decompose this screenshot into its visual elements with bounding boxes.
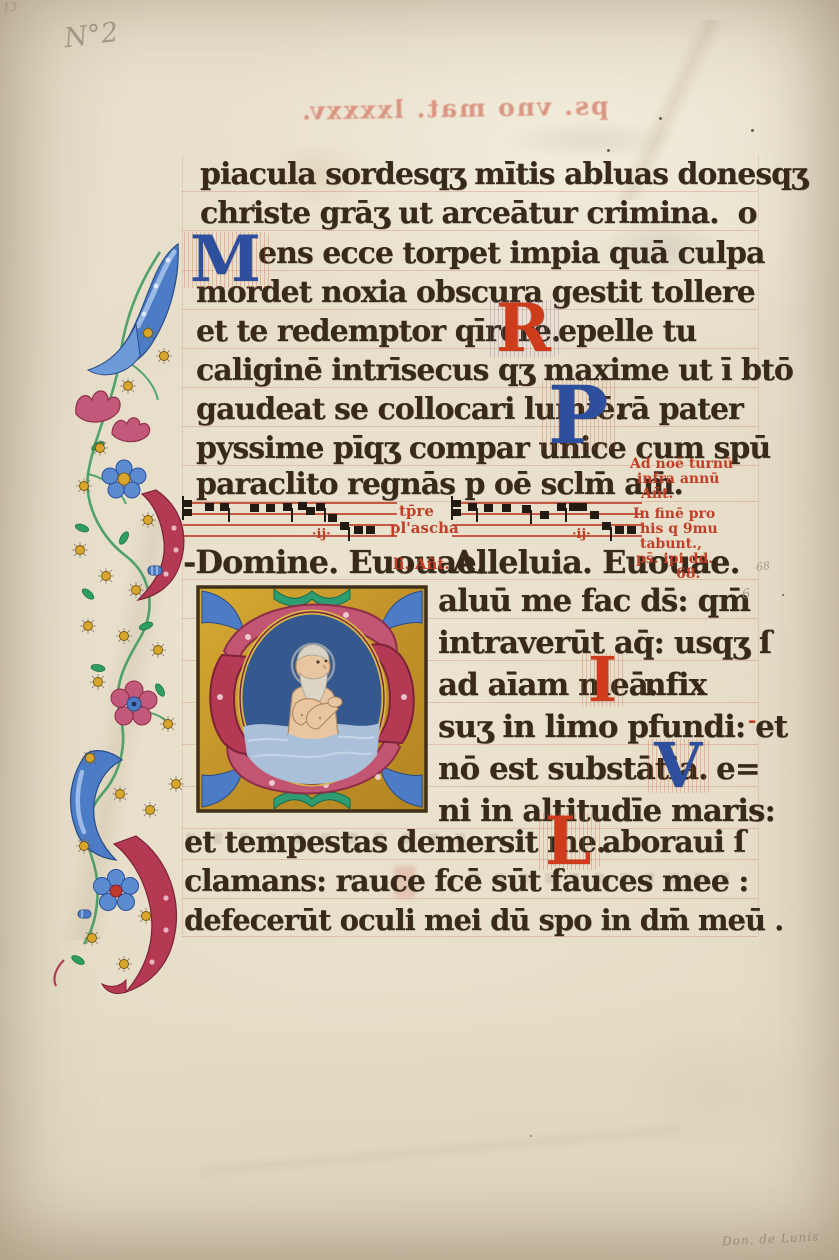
text-line-pencil: N°2 xyxy=(63,19,120,52)
text-line-ink: mordet noxia obscura gestit tollere xyxy=(196,278,755,308)
music-note xyxy=(627,526,636,534)
text-line-ink: aluū me fac ds̄: qm̄ xyxy=(438,586,750,617)
music-staff-line xyxy=(183,524,397,526)
text-line-red: his q 9mu xyxy=(640,522,718,536)
music-note xyxy=(250,504,259,512)
text-line-red: li. Añt. xyxy=(393,557,450,572)
text-line-pencil: 13 xyxy=(2,1,17,14)
text-line-sig: Don. de Lunis xyxy=(722,1230,820,1247)
manuscript-page: piacula sordesqʒ mītis abluas donesqʒchr… xyxy=(0,0,839,1260)
illuminated-initial-P: P xyxy=(548,379,608,451)
text-line-red: ·ij· xyxy=(572,528,591,541)
music-note xyxy=(306,507,315,515)
text-line-red: 68. xyxy=(676,567,700,581)
text-line-red: tabunt., xyxy=(640,537,702,551)
music-staff-line xyxy=(452,502,642,504)
music-note-stem xyxy=(291,508,293,522)
music-note xyxy=(484,504,493,512)
ink-speck xyxy=(252,204,255,207)
music-note-stem xyxy=(565,508,567,522)
parchment-stain xyxy=(620,1020,810,1160)
ink-speck xyxy=(751,129,754,132)
music-note xyxy=(590,511,599,519)
text-line-mirror: ps. vno mat. lxxxxv. xyxy=(300,93,609,123)
music-note xyxy=(205,503,214,511)
music-note xyxy=(266,504,275,512)
text-line-ink: paraclito regnās p oē sclm̄ am̄. xyxy=(196,470,683,500)
music-note-stem xyxy=(324,508,326,522)
text-line-ink: piacula sordesqʒ mītis abluas donesqʒ xyxy=(200,160,807,190)
ink-speck xyxy=(607,149,610,152)
floral-border xyxy=(28,238,200,998)
text-line-pencil: 68 xyxy=(755,560,770,573)
parchment-crease xyxy=(200,1080,680,1220)
music-note xyxy=(540,511,549,519)
music-note-stem xyxy=(530,510,532,524)
text-line-red: tp̄re xyxy=(399,504,434,519)
illuminated-initial-V: V xyxy=(654,738,702,794)
illuminated-initial-I: I xyxy=(588,652,617,708)
show-through-ghost xyxy=(500,120,680,160)
music-staff-line xyxy=(183,535,397,537)
ink-speck xyxy=(782,594,784,596)
text-line-ink: epelle tu xyxy=(558,317,696,347)
ink-speck xyxy=(659,117,662,120)
text-line-ink: caliginē intrīsecus qʒ maxime ut ī btō xyxy=(196,356,793,386)
music-note xyxy=(354,526,363,534)
music-note-stem xyxy=(610,527,612,541)
text-line-ink: christe grāʒ ut arceātur crimina. o xyxy=(200,199,757,229)
text-line-red: Ad noē turnū xyxy=(630,457,733,471)
music-staff-line xyxy=(183,513,397,515)
text-line-ink: ni in altitudīe maris: xyxy=(438,796,775,827)
text-line-ink: rā pater xyxy=(616,395,743,425)
music-note xyxy=(366,526,375,534)
ink-speck xyxy=(530,1135,532,1137)
text-line-ink: clamans: rauce fcē sūt fauces mee : xyxy=(184,867,748,897)
text-line-red: infra annū xyxy=(637,472,719,486)
text-line-red: ps̄. ipi dd. xyxy=(636,552,713,566)
illuminated-initial-M: M xyxy=(190,231,261,289)
music-note-stem xyxy=(476,508,478,522)
text-line-red: pl'ascha xyxy=(390,521,459,536)
text-line-ink: ens ecce torpet impia quā culpa xyxy=(258,239,764,269)
historiated-initial-miniature xyxy=(196,585,428,813)
text-line-red: In finē pro xyxy=(633,507,715,521)
text-line-pencil: 6 xyxy=(741,588,751,602)
music-staff-line xyxy=(452,524,642,526)
text-line-ink: suʒ in limo pfundi: et xyxy=(438,712,787,743)
music-clef xyxy=(453,509,461,516)
text-line-ink: defecerūt oculi mei dū spo in dm̄ meū . xyxy=(184,906,783,935)
music-note xyxy=(578,503,587,511)
text-line-ink: e= xyxy=(716,754,760,785)
music-note xyxy=(615,526,624,534)
music-note-stem xyxy=(348,527,350,541)
music-note xyxy=(502,504,511,512)
text-line-red: Añt. xyxy=(641,487,673,501)
music-note xyxy=(569,503,578,511)
illuminated-initial-R: R xyxy=(496,299,551,358)
text-line-red: ·ij· xyxy=(312,528,331,541)
music-note-stem xyxy=(228,508,230,522)
music-staff-line xyxy=(452,535,642,537)
text-line-ink: aboraui ſ xyxy=(602,828,745,858)
text-line-red: - xyxy=(748,710,756,730)
music-note xyxy=(328,514,337,522)
text-line-ink: nfix xyxy=(644,670,706,701)
illuminated-initial-L: L xyxy=(545,812,591,871)
